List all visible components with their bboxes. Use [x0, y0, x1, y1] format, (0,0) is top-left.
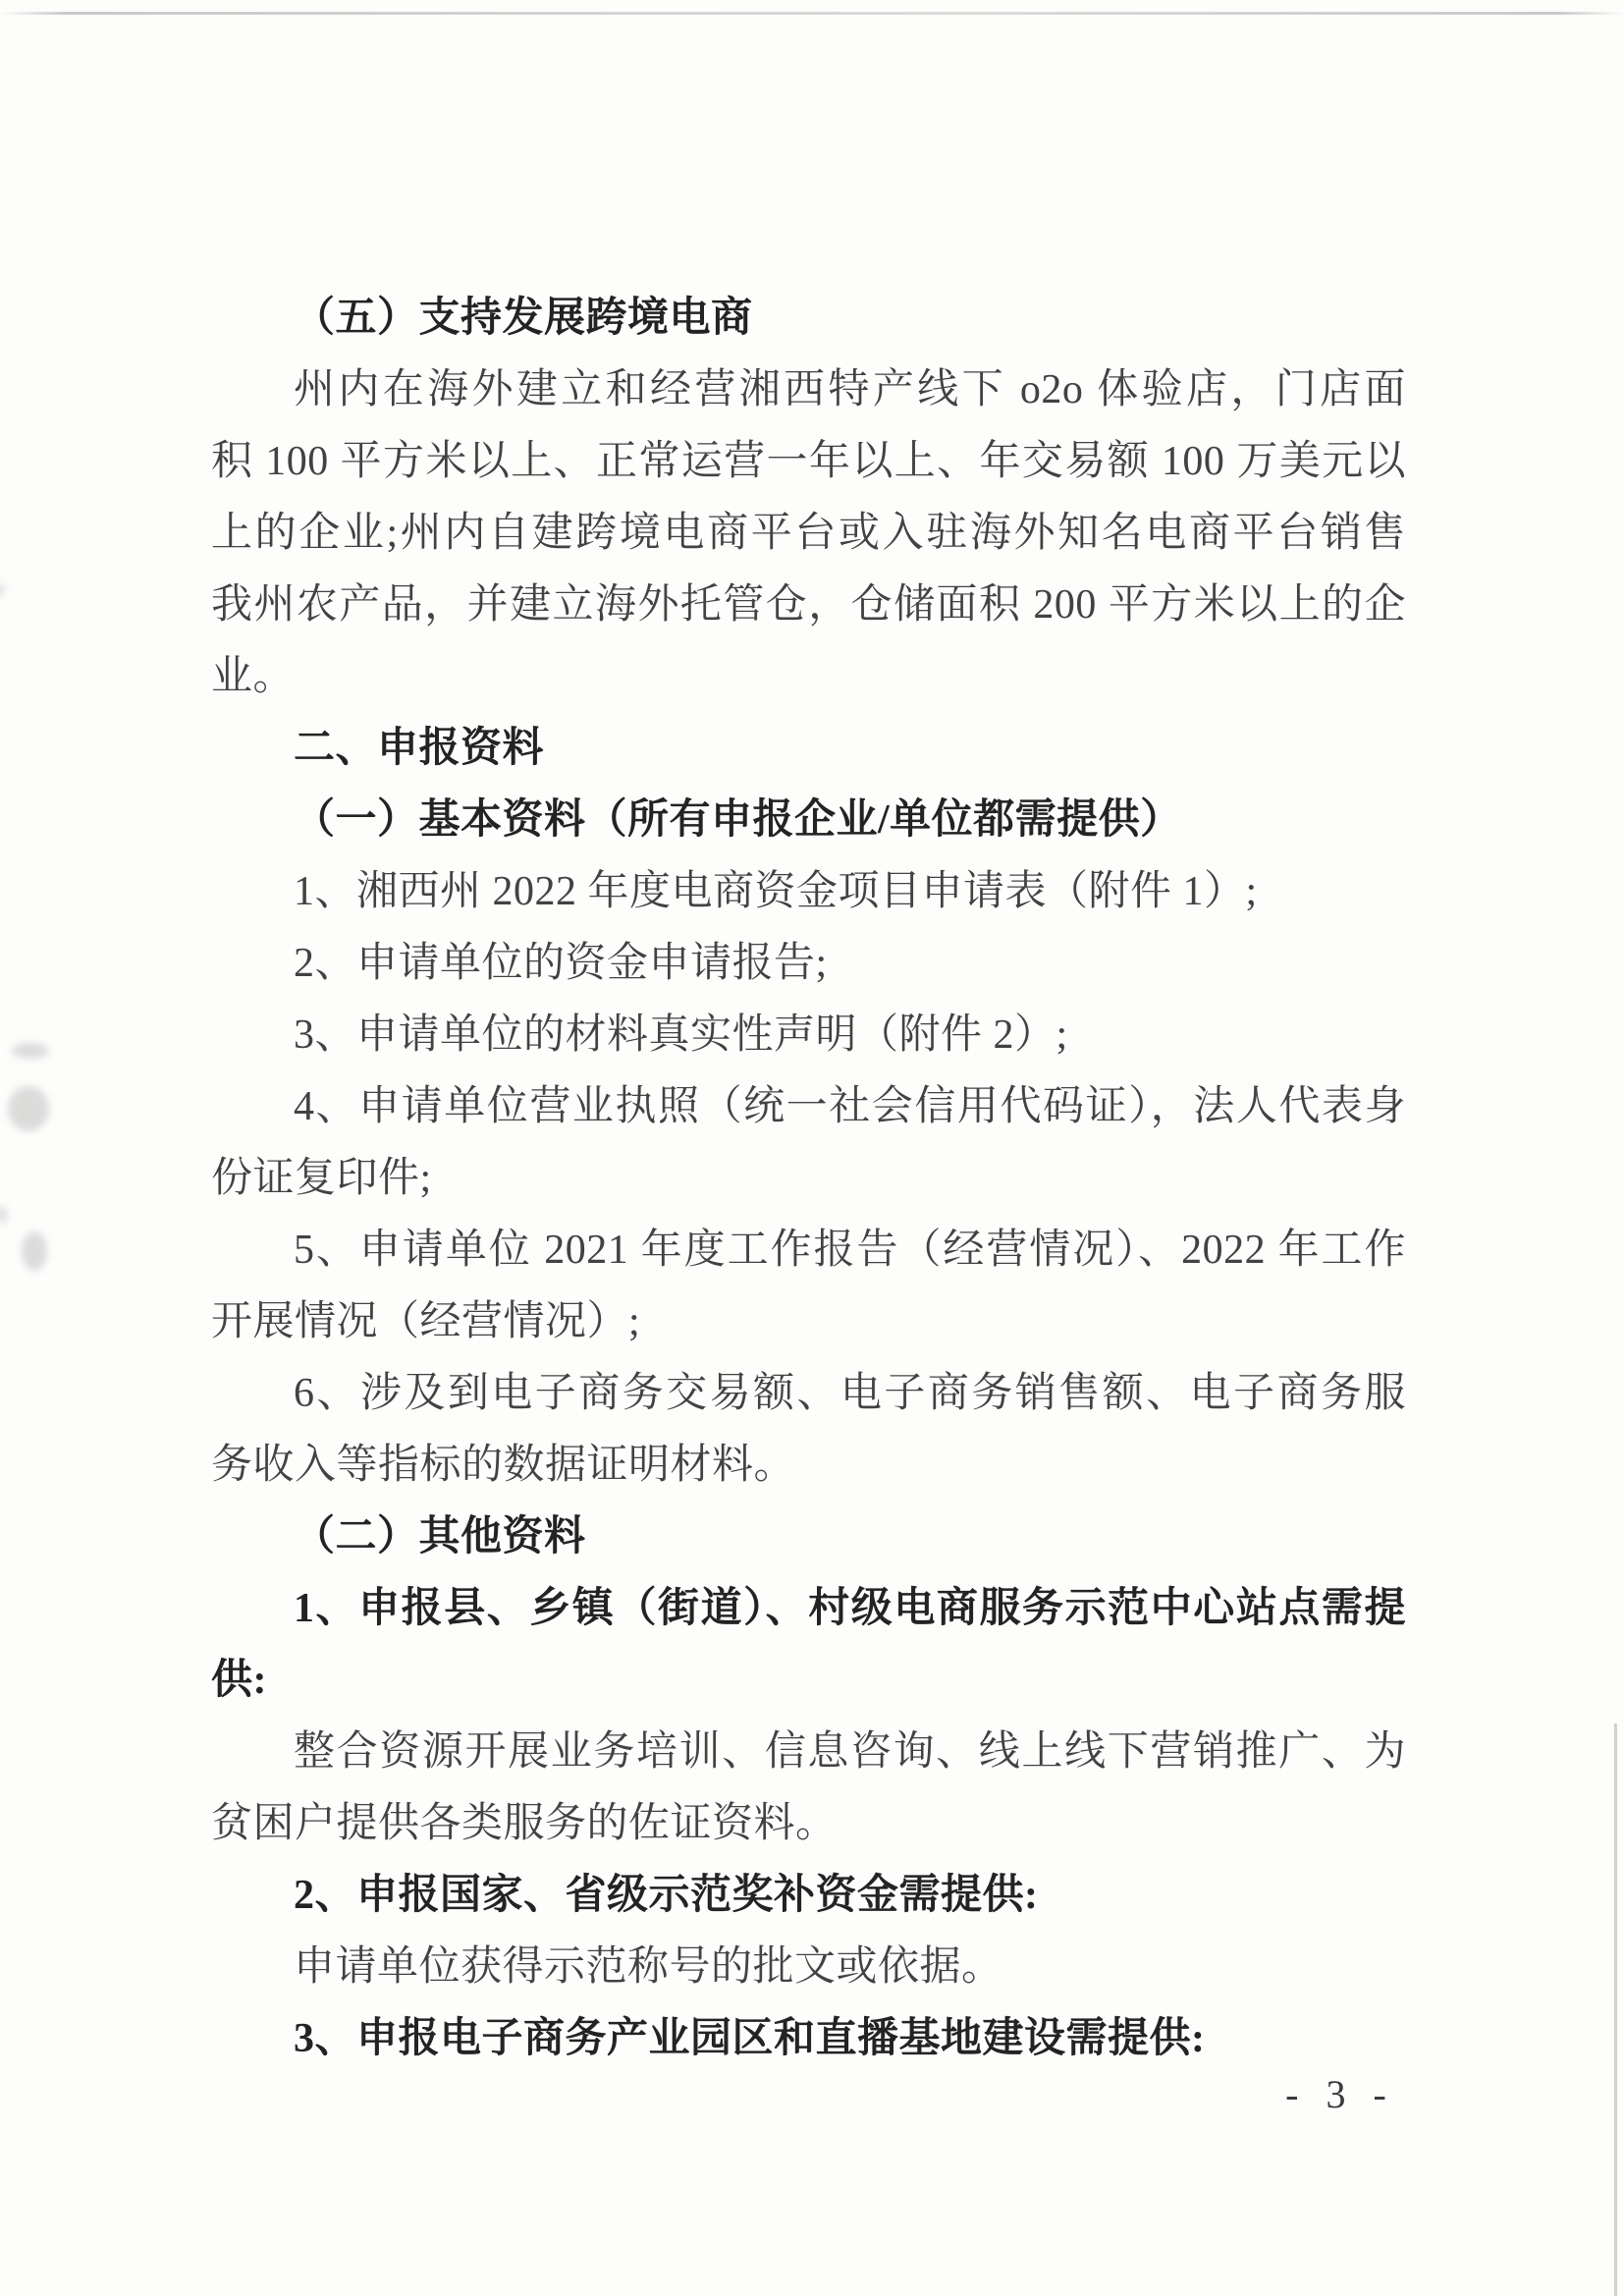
scan-artifact-smudge	[8, 1086, 49, 1131]
text-line: 州内在海外建立和经营湘西特产线下 o2o 体验店，门店面	[211, 355, 1406, 426]
document-page: （五）支持发展跨境电商州内在海外建立和经营湘西特产线下 o2o 体验店，门店面积…	[0, 0, 1624, 2296]
heading-line: （五）支持发展跨境电商	[211, 283, 1406, 355]
heading-line: 3、申报电子商务产业园区和直播基地建设需提供:	[211, 2003, 1406, 2075]
text-line: 申请单位获得示范称号的批文或依据。	[211, 1932, 1406, 2003]
heading-line: （二）其他资料	[211, 1502, 1406, 1573]
document-body: （五）支持发展跨境电商州内在海外建立和经营湘西特产线下 o2o 体验店，门店面积…	[211, 283, 1406, 2075]
text-line: 我州农产品，并建立海外托管仓，仓储面积 200 平方米以上的企	[211, 570, 1406, 641]
heading-line: 2、申报国家、省级示范奖补资金需提供:	[211, 1860, 1406, 1932]
text-line: 6、涉及到电子商务交易额、电子商务销售额、电子商务服	[211, 1358, 1406, 1430]
heading-line: 二、申报资料	[211, 713, 1406, 785]
scan-artifact-top-edge-line	[0, 12, 1624, 15]
scan-artifact-smudge	[0, 583, 4, 597]
heading-line: 供:	[211, 1645, 1406, 1717]
text-line: 贫困户提供各类服务的佐证资料。	[211, 1788, 1406, 1860]
text-line: 上的企业;州内自建跨境电商平台或入驻海外知名电商平台销售	[211, 498, 1406, 570]
page-number: - 3 -	[1272, 2070, 1409, 2119]
text-line: 业。	[211, 641, 1406, 713]
text-line: 整合资源开展业务培训、信息咨询、线上线下营销推广、为	[211, 1717, 1406, 1788]
scan-artifact-smudge	[12, 1043, 49, 1059]
text-line: 2、申请单位的资金申请报告;	[211, 928, 1406, 1000]
text-line: 务收入等指标的数据证明材料。	[211, 1430, 1406, 1502]
text-line: 1、湘西州 2022 年度电商资金项目申请表（附件 1）;	[211, 856, 1406, 928]
scan-artifact-smudge	[22, 1231, 47, 1271]
scan-artifact-smudge	[0, 1206, 7, 1224]
text-line: 3、申请单位的材料真实性声明（附件 2）;	[211, 1000, 1406, 1071]
scan-artifact-right-edge-line	[1614, 1723, 1617, 2296]
text-line: 份证复印件;	[211, 1143, 1406, 1215]
heading-line: （一）基本资料（所有申报企业/单位都需提供）	[211, 785, 1406, 856]
heading-line: 1、申报县、乡镇（街道）、村级电商服务示范中心站点需提	[211, 1573, 1406, 1645]
text-line: 4、申请单位营业执照（统一社会信用代码证），法人代表身	[211, 1071, 1406, 1143]
text-line: 开展情况（经营情况）;	[211, 1286, 1406, 1358]
text-line: 5、申请单位 2021 年度工作报告（经营情况）、2022 年工作	[211, 1215, 1406, 1286]
text-line: 积 100 平方米以上、正常运营一年以上、年交易额 100 万美元以	[211, 426, 1406, 498]
